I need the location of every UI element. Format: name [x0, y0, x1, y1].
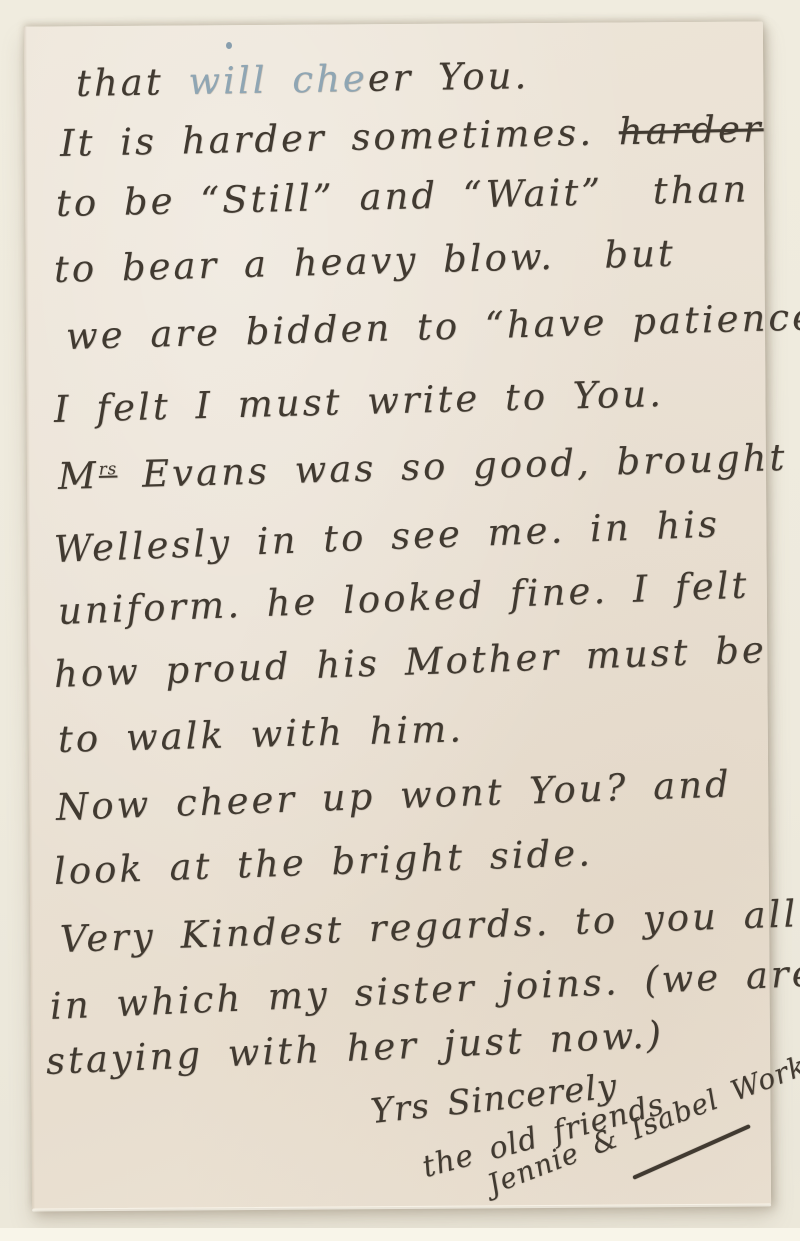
letter-text-segment: M: [57, 454, 99, 498]
letter-line-9: uniform. he looked fine. I felt: [57, 563, 750, 634]
letter-line-14: Very Kindest regards. to you all.: [59, 892, 800, 963]
letter-text-segment: Evans was so good, brought: [117, 436, 788, 497]
letter-line-15: in which my sister joins. (we are: [49, 952, 800, 1030]
letter-text-segment: to walk with him.: [57, 707, 464, 761]
letter-text-segment: er You.: [367, 54, 529, 100]
letter-text-segment: to bear a heavy blow. but: [53, 232, 676, 291]
letter-line-1: that will cheer You.: [76, 54, 530, 106]
letter-text-segment: in which my sister joins. (we are: [49, 952, 800, 1028]
letter-text-segment: rs: [98, 459, 117, 478]
letter-line-4: to bear a heavy blow. but: [53, 232, 676, 293]
letter-line-2: It is harder sometimes. harder: [60, 107, 765, 166]
letter-text-segment: how proud his Mother must be: [53, 628, 767, 696]
letter-line-6: I felt I must write to You.: [53, 372, 664, 432]
scan-bottom-edge: [0, 1228, 800, 1241]
letter-text-segment: we are bidden to “have patience”.: [65, 294, 800, 358]
letter-text-segment: Now cheer up wont You? and: [55, 762, 732, 829]
letter-text-segment: It is harder sometimes.: [60, 110, 620, 165]
letter-line-5: we are bidden to “have patience”.: [65, 294, 800, 359]
letter-line-11: to walk with him.: [57, 707, 464, 762]
letter-text-segment: will che: [188, 57, 368, 103]
letter-text-segment: I felt I must write to You.: [53, 372, 664, 431]
letter-text-segment: uniform. he looked fine. I felt: [57, 563, 750, 633]
letter-text-segment: Very Kindest regards. to you all.: [59, 892, 800, 961]
blue-ink-dot: [226, 42, 232, 49]
letter-line-8: Wellesly in to see me. in his: [53, 502, 721, 572]
letter-text-segment: Wellesly in to see me. in his: [53, 502, 721, 571]
handwriting-layer: that will cheer You.It is harder sometim…: [0, 0, 800, 1241]
letter-line-3: to be “Still” and “Wait” than: [56, 167, 750, 226]
letter-line-10: how proud his Mother must be: [53, 628, 767, 697]
letter-line-12: Now cheer up wont You? and: [55, 762, 732, 830]
scanned-letter-photo: that will cheer You.It is harder sometim…: [0, 0, 800, 1241]
letter-text-segment: look at the bright side.: [53, 831, 593, 893]
letter-text-segment: harder: [618, 107, 764, 153]
letter-text-segment: that: [76, 60, 189, 105]
letter-line-13: look at the bright side.: [53, 831, 593, 894]
letter-text-segment: to be “Still” and “Wait” than: [56, 167, 750, 225]
letter-line-7: Mrs Evans was so good, brought: [57, 436, 787, 499]
